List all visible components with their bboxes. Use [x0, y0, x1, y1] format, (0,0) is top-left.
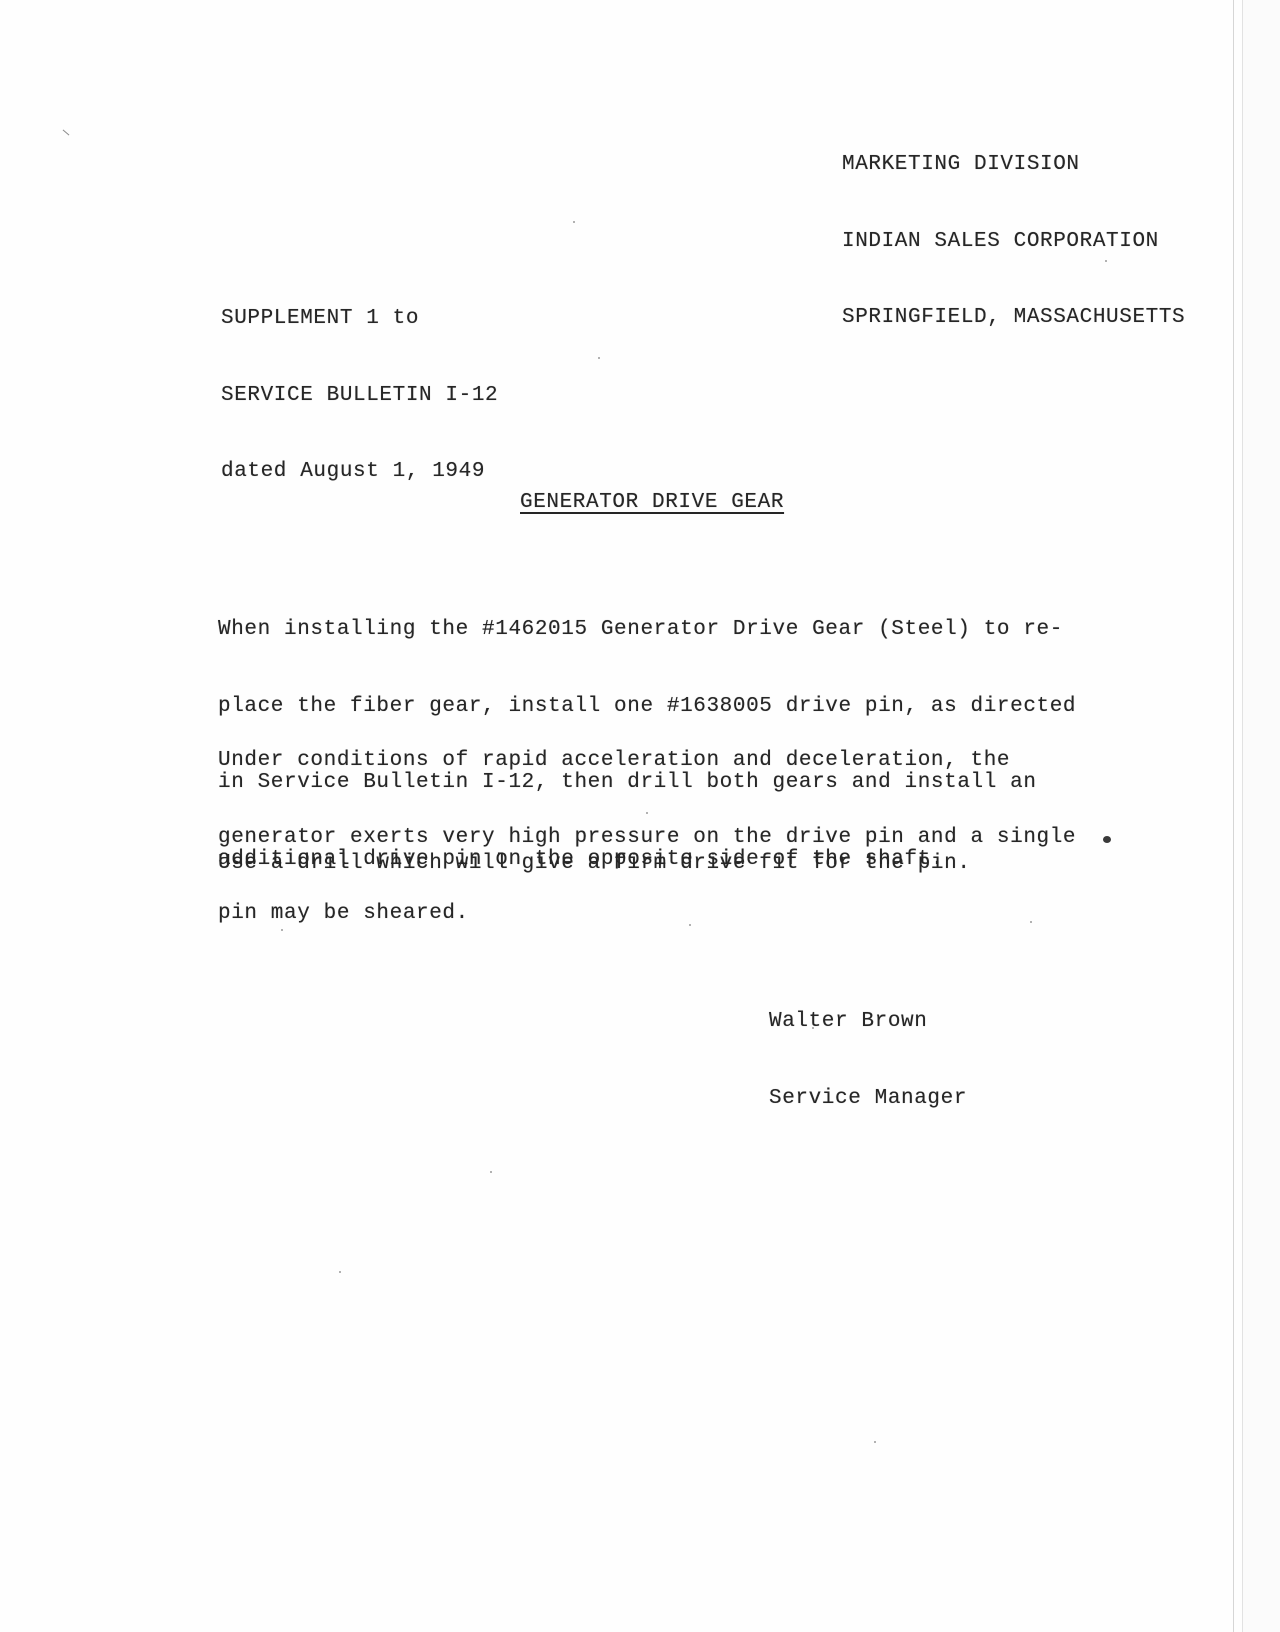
letterhead-division: MARKETING DIVISION — [842, 152, 1185, 178]
scan-speck — [1030, 921, 1032, 923]
scan-stray-mark — [63, 130, 70, 136]
scan-speck — [339, 1271, 341, 1273]
scan-speck — [689, 924, 691, 926]
scan-edge-line — [1242, 0, 1243, 1632]
letterhead-location: SPRINGFIELD, MASSACHUSETTS — [842, 305, 1185, 331]
scan-speck — [573, 221, 575, 223]
letterhead: MARKETING DIVISION INDIAN SALES CORPORAT… — [842, 101, 1185, 382]
bulletin-date: dated August 1, 1949 — [221, 459, 498, 485]
paragraph-line: Use a drill which will give a firm drive… — [218, 851, 971, 877]
scan-edge-line — [1233, 0, 1234, 1632]
scan-speck — [646, 812, 648, 814]
scan-speck — [812, 1027, 814, 1029]
scan-speck — [490, 1171, 492, 1173]
signatory-name: Walter Brown — [769, 1009, 967, 1035]
body-paragraph-drill: Use a drill which will give a firm drive… — [218, 800, 971, 928]
paragraph-line: Under conditions of rapid acceleration a… — [218, 748, 1076, 774]
document-title: GENERATOR DRIVE GEAR — [520, 490, 784, 516]
ink-blot-mark — [1103, 836, 1111, 843]
supplement-number: SUPPLEMENT 1 to — [221, 306, 498, 332]
signature-block: Walter Brown Service Manager — [769, 958, 967, 1162]
scan-speck — [598, 357, 600, 359]
service-bulletin-id: SERVICE BULLETIN I-12 — [221, 383, 498, 409]
scan-edge-shade — [1243, 0, 1280, 1632]
paragraph-line: When installing the #1462015 Generator D… — [218, 617, 1076, 643]
letterhead-company: INDIAN SALES CORPORATION — [842, 229, 1185, 255]
scanned-document-page: MARKETING DIVISION INDIAN SALES CORPORAT… — [0, 0, 1280, 1632]
scan-speck — [281, 929, 283, 931]
scan-speck — [874, 1441, 876, 1443]
signatory-role: Service Manager — [769, 1086, 967, 1112]
bulletin-reference: SUPPLEMENT 1 to SERVICE BULLETIN I-12 da… — [221, 255, 498, 536]
scan-speck — [1105, 260, 1107, 262]
